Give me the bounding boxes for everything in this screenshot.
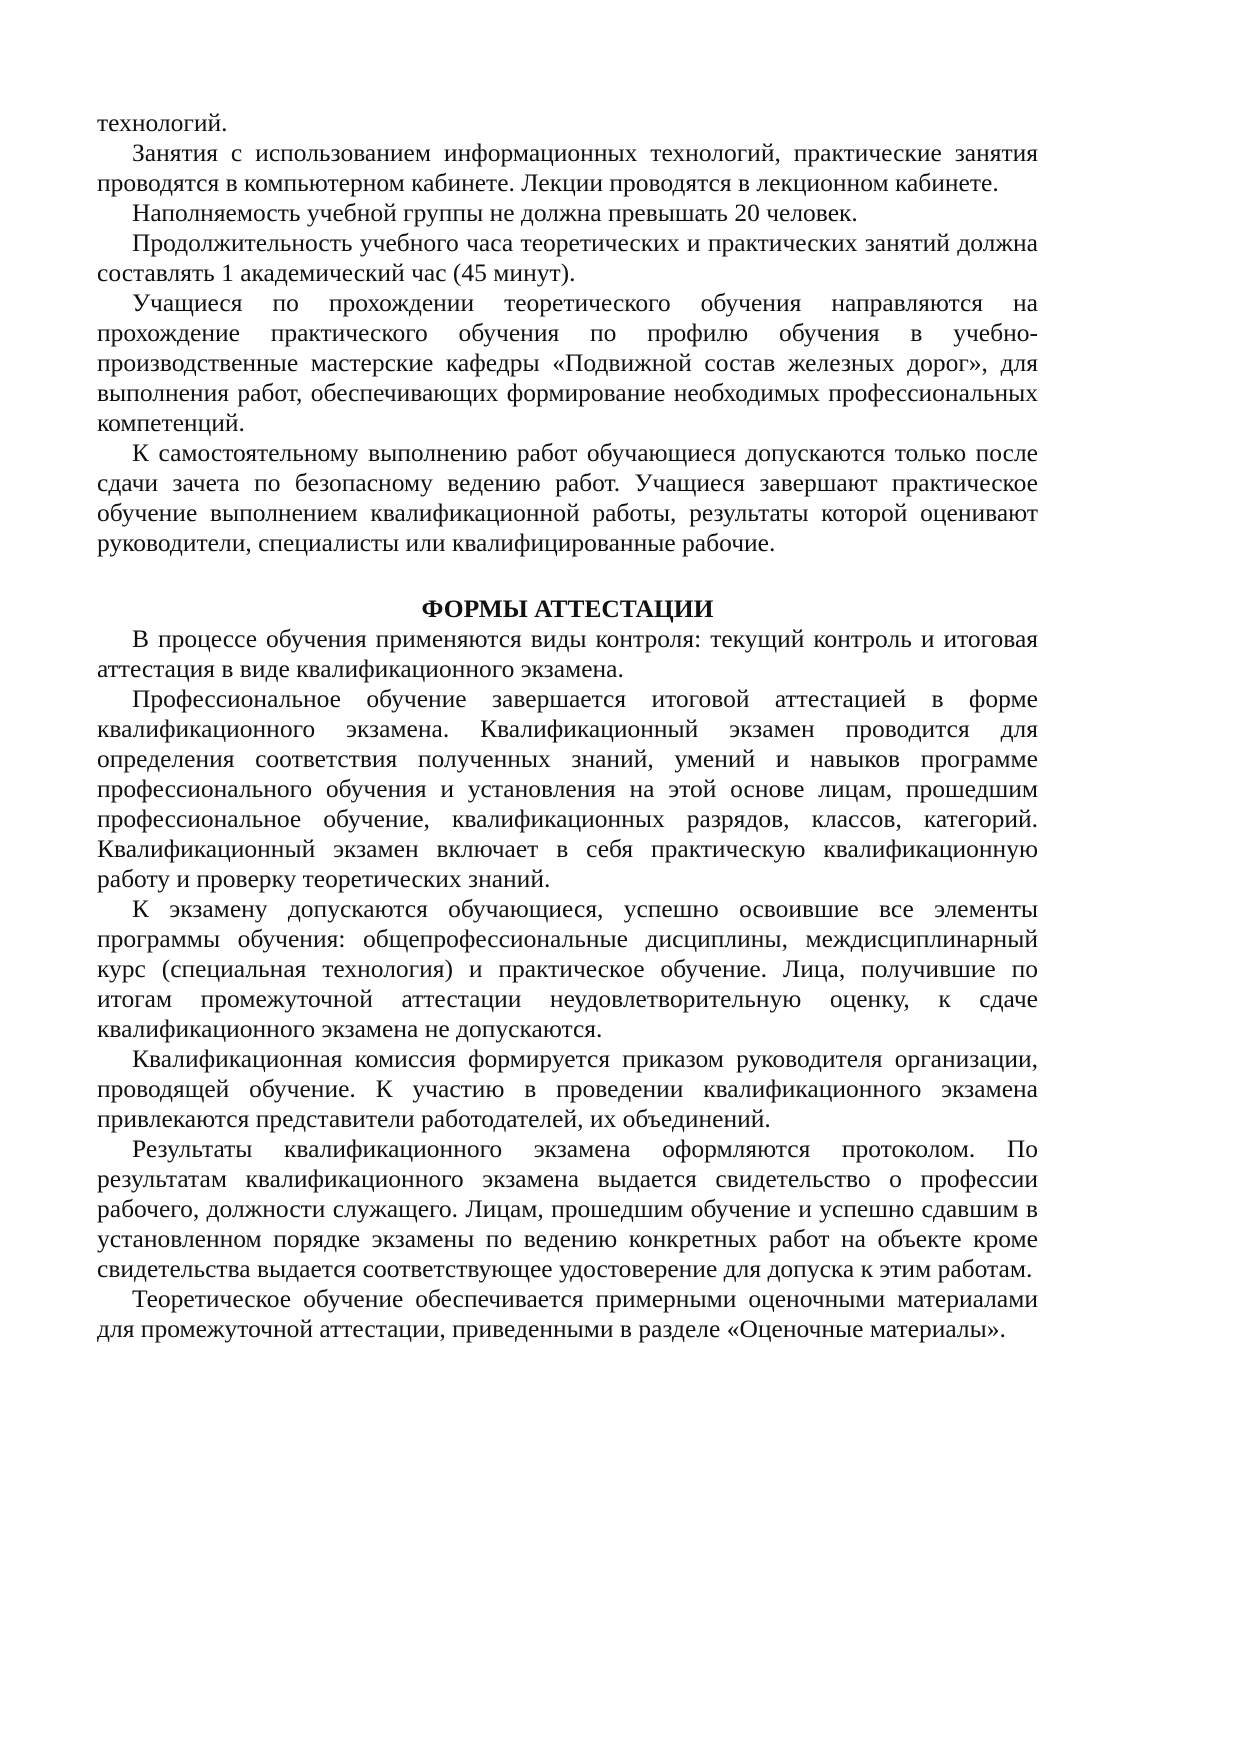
paragraph-classrooms: Занятия с использованием информационных …	[97, 138, 1038, 198]
paragraph-assessment-materials: Теоретическое обучение обеспечивается пр…	[97, 1284, 1038, 1344]
paragraph-commission: Квалификационная комиссия формируется пр…	[97, 1044, 1038, 1134]
paragraph-group-size: Наполняемость учебной группы не должна п…	[97, 198, 1038, 228]
section-heading: ФОРМЫ АТТЕСТАЦИИ	[97, 594, 1038, 624]
paragraph-continuation: технологий.	[97, 108, 1038, 138]
paragraph-results: Результаты квалификационного экзамена оф…	[97, 1134, 1038, 1284]
paragraph-exam-admission: К экзамену допускаются обучающиеся, успе…	[97, 894, 1038, 1044]
paragraph-final-exam: Профессиональное обучение завершается ит…	[97, 684, 1038, 894]
paragraph-control-types: В процессе обучения применяются виды кон…	[97, 624, 1038, 684]
paragraph-hour-duration: Продолжительность учебного часа теоретич…	[97, 228, 1038, 288]
section-organization: технологий. Занятия с использованием инф…	[97, 108, 1038, 558]
paragraph-practical-training: Учащиеся по прохождении теоретического о…	[97, 288, 1038, 438]
paragraph-independent-work: К самостоятельному выполнению работ обуч…	[97, 438, 1038, 558]
document-page: технологий. Занятия с использованием инф…	[97, 108, 1038, 1344]
section-attestation: ФОРМЫ АТТЕСТАЦИИ В процессе обучения при…	[97, 594, 1038, 1344]
